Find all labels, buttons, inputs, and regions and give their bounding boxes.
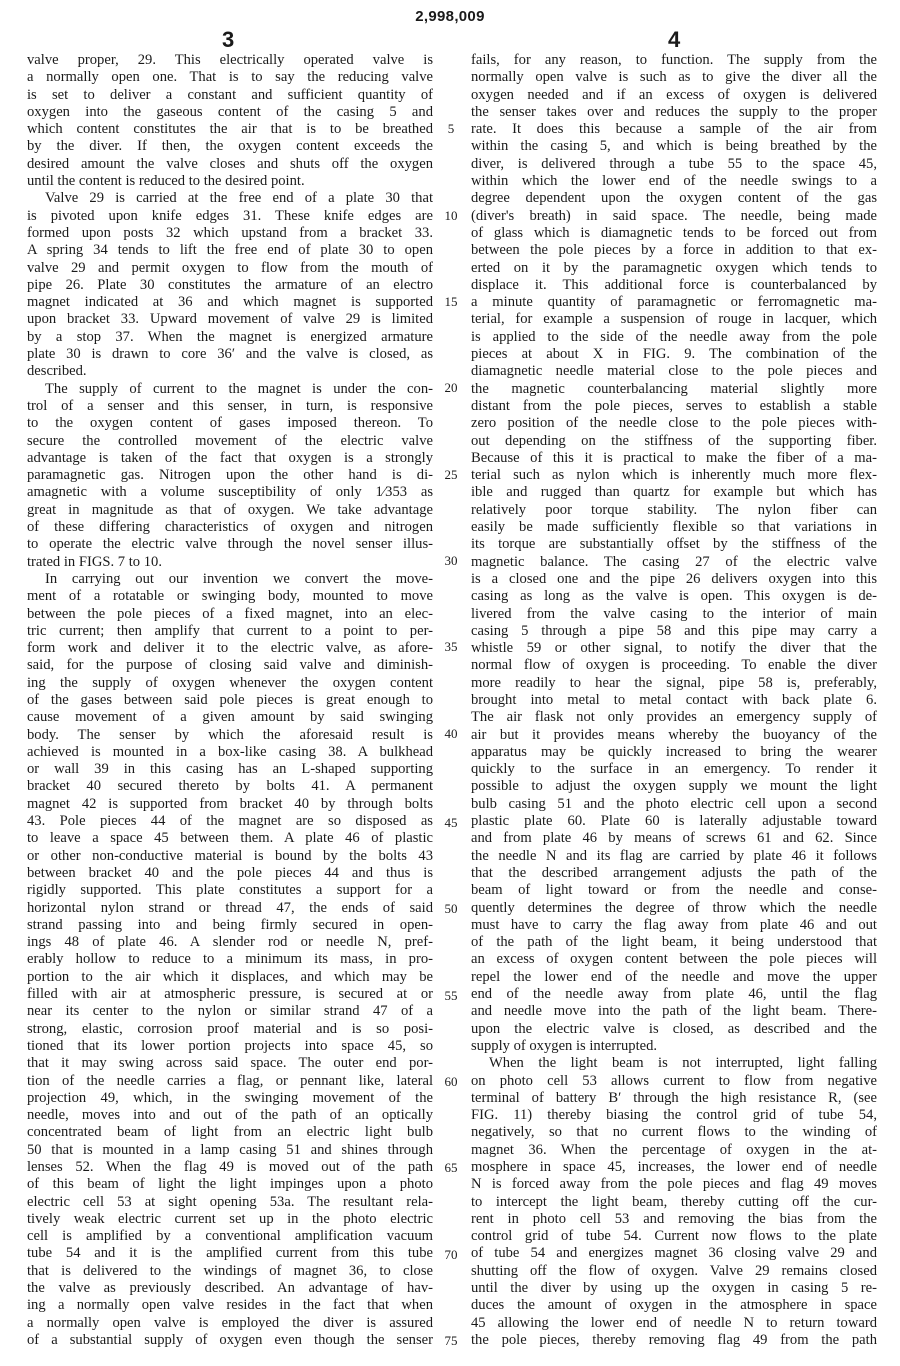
text-line: described. [27,363,433,380]
text-line: duces the amount of oxygen in the atmosp… [471,1297,877,1314]
text-line: possible to adjust the oxygen supply we … [471,778,877,795]
text-line: amagnetic with a volume susceptibility o… [27,484,433,501]
text-line: ing a normally open valve resides in the… [27,1297,433,1314]
text-line: plastic plate 60. Plate 60 is laterally … [471,813,877,830]
text-line: and needle move into the path of the lig… [471,1003,877,1020]
text-line: cell is amplified by a conventional ampl… [27,1228,433,1245]
text-line: end of the needle away from plate 46, un… [471,986,877,1003]
line-number: 70 [438,1246,464,1263]
text-line: 43. Pole pieces 44 of the magnet are so … [27,813,433,830]
text-line: portion to the air which it displaces, a… [27,969,433,986]
left-text-column: valve proper, 29. This electrically oper… [27,52,433,1349]
text-line: oxygen needed and if an excess of oxygen… [471,87,877,104]
text-line: an excess of oxygen content between the … [471,951,877,968]
text-line: Because of this it is practical to make … [471,450,877,467]
text-line: strand passing into and being firmly sec… [27,917,433,934]
text-line: by the diver. If then, the oxygen conten… [27,138,433,155]
line-number: 20 [438,379,464,396]
text-line: control grid of tube 54. Current now flo… [471,1228,877,1245]
line-number: 5 [438,120,464,137]
text-line: near its center to the nylon or similar … [27,1003,433,1020]
text-line: A spring 34 tends to lift the free end o… [27,242,433,259]
text-line: valve 29 and permit oxygen to flow from … [27,260,433,277]
column-number-left: 3 [222,28,234,52]
text-line: terial, for example a suspension of roug… [471,311,877,328]
text-line: that it may swing across said space. The… [27,1055,433,1072]
text-line: lenses 52. When the flag 49 is moved out… [27,1159,433,1176]
text-line: to intercept the light beam, thereby cut… [471,1194,877,1211]
text-line: When the light beam is not interrupted, … [471,1055,877,1072]
text-line: a normally open one. That is to say the … [27,69,433,86]
text-line: negatively, so that no current flows to … [471,1124,877,1141]
text-line: within which the lower end of the needle… [471,173,877,190]
text-line: more readily to hear the signal, pipe 58… [471,675,877,692]
text-line: form work and deliver it to the electric… [27,640,433,657]
text-line: advantage is taken of the fact that oxyg… [27,450,433,467]
text-line: body. The senser by which the aforesaid … [27,727,433,744]
text-line: its torque are substantially offset by t… [471,536,877,553]
text-line: the valve as previously described. An ad… [27,1280,433,1297]
text-line: In carrying out our invention we convert… [27,571,433,588]
text-line: great in magnitude as that of oxygen. We… [27,502,433,519]
text-line: tric current; then amplify that current … [27,623,433,640]
text-line: air but it provides means whereby the bu… [471,727,877,744]
line-number: 75 [438,1332,464,1349]
text-line: that is delivered to the windings of mag… [27,1263,433,1280]
text-line: of tube 54 and energizes magnet 36 closi… [471,1245,877,1262]
text-line: upon bracket 33. Upward movement of valv… [27,311,433,328]
text-line: is pivoted upon knife edges 31. These kn… [27,208,433,225]
text-line: a minute quantity of paramagnetic or fer… [471,294,877,311]
text-line: upon the electric valve is closed, as de… [471,1021,877,1038]
text-line: between the pole pieces of a fixed magne… [27,606,433,623]
text-line: or wall 39 in this casing has an L-shape… [27,761,433,778]
text-line: mosphere in space 45, increases, the low… [471,1159,877,1176]
text-line: concentrated beam of light from an elect… [27,1124,433,1141]
text-line: 50 that is mounted in a lamp casing 51 a… [27,1142,433,1159]
text-line: distant from the pole pieces, serves to … [471,398,877,415]
text-line: on photo cell 53 allows current to flow … [471,1073,877,1090]
text-line: magnet indicated at 36 and which magnet … [27,294,433,311]
text-line: ing the supply of oxygen whenever the ox… [27,675,433,692]
text-line: tively weak electric current set up in t… [27,1211,433,1228]
text-line: tioned that its lower portion projects i… [27,1038,433,1055]
line-number: 50 [438,900,464,917]
text-line: apparatus may be quickly increased to br… [471,744,877,761]
text-line: repel the lower end of the needle and mo… [471,969,877,986]
text-line: secure the controlled movement of the el… [27,433,433,450]
text-line: magnetic balance. The casing 27 of the e… [471,554,877,571]
text-line: needle, moves into and out of the path o… [27,1107,433,1124]
text-line: degree dependent upon the oxygen content… [471,190,877,207]
line-number: 55 [438,987,464,1004]
text-line: achieved is mounted in a box-like casing… [27,744,433,761]
text-line: shutting off the flow of oxygen. Valve 2… [471,1263,877,1280]
text-line: a normally open valve is employed the di… [27,1315,433,1332]
text-line: diamagnetic needle material close to the… [471,363,877,380]
text-line: is applied to the side of the needle awa… [471,329,877,346]
text-line: the magnetic counterbalancing material s… [471,381,877,398]
text-line: formed upon posts 32 which upstand from … [27,225,433,242]
right-text-column: fails, for any reason, to function. The … [471,52,877,1349]
text-line: horizontal nylon strand or thread 47, th… [27,900,433,917]
text-line: livered from the valve casing to the int… [471,606,877,623]
column-number-right: 4 [668,28,680,52]
text-line: normal flow of oxygen is proceeding. To … [471,657,877,674]
text-line: rent in photo cell 53 and removing the b… [471,1211,877,1228]
text-line: between the pole pieces by a force in ad… [471,242,877,259]
text-line: said, for the purpose of closing said va… [27,657,433,674]
text-line: or other non-conductive material is boun… [27,848,433,865]
text-line: displace it. This additional force is co… [471,277,877,294]
text-line: oxygen into the gaseous content of the c… [27,104,433,121]
text-line: 45 allowing the lower end of needle N to… [471,1315,877,1332]
text-line: and from plate 46 by means of screws 61 … [471,830,877,847]
text-line: trated in FIGS. 7 to 10. [27,554,433,571]
text-line: The air flask not only provides an emerg… [471,709,877,726]
text-line: of the path of the light beam, it being … [471,934,877,951]
text-line: the pole pieces, thereby removing flag 4… [471,1332,877,1349]
line-number: 15 [438,293,464,310]
line-number: 60 [438,1073,464,1090]
text-line: terial such as nylon which is inherently… [471,467,877,484]
text-line: of glass which is diamagnetic tends to b… [471,225,877,242]
text-line: normally open valve is such as to give t… [471,69,877,86]
text-line: to leave a space 45 between them. A plat… [27,830,433,847]
text-line: that the described arrangement adjusts t… [471,865,877,882]
text-line: pieces at about X in FIG. 9. The combina… [471,346,877,363]
text-line: beam of light toward or from the needle … [471,882,877,899]
text-line: electric cell 53 at sight opening 53a. T… [27,1194,433,1211]
line-number: 65 [438,1159,464,1176]
text-line: tube 54 and it is the amplified current … [27,1245,433,1262]
text-line: rate. It does this because a sample of t… [471,121,877,138]
text-line: tion of the needle carries a flag, or pe… [27,1073,433,1090]
text-line: ible and rugged than quartz for example … [471,484,877,501]
text-line: relatively poor torque stability. The ny… [471,502,877,519]
text-line: must have to carry the flag away from pl… [471,917,877,934]
text-line: until the diver by using up the oxygen i… [471,1280,877,1297]
text-line: to the oxygen content of gases imposed t… [27,415,433,432]
text-line: Valve 29 is carried at the free end of a… [27,190,433,207]
text-line: casing as long as the valve is open. Thi… [471,588,877,605]
text-line: erted on it by the paramagnetic oxygen w… [471,260,877,277]
line-number: 35 [438,638,464,655]
text-line: strong, elastic, corrosion proof materia… [27,1021,433,1038]
text-line: whistle 59 or other signal, to notify th… [471,640,877,657]
line-number: 45 [438,814,464,831]
text-line: within the casing 5, and which is being … [471,138,877,155]
text-line: is a closed one and the pipe 26 delivers… [471,571,877,588]
text-line: valve proper, 29. This electrically oper… [27,52,433,69]
text-line: paramagnetic gas. Nitrogen upon the othe… [27,467,433,484]
text-line: of these differing characteristics of ox… [27,519,433,536]
text-line: of the gases between said pole pieces is… [27,692,433,709]
text-line: to operate the electric valve through th… [27,536,433,553]
text-line: is set to deliver a constant and suffici… [27,87,433,104]
text-line: ment of a rotatable or swinging body, mo… [27,588,433,605]
text-line: magnet 42 is supported from bracket 40 b… [27,796,433,813]
text-line: diver, is delivered through a tube 55 to… [471,156,877,173]
text-line: rigidly supported. This plate constitute… [27,882,433,899]
line-number: 25 [438,466,464,483]
text-line: between bracket 40 and the pole pieces 4… [27,865,433,882]
text-line: the senser takes over and reduces the su… [471,104,877,121]
text-line: out depending on the stiffness of the su… [471,433,877,450]
text-line: terminal of battery B′ through the high … [471,1090,877,1107]
text-line: of this beam of light the light impinges… [27,1176,433,1193]
text-line: erably hollow to reduce to a minimum its… [27,951,433,968]
text-line: bracket 40 secured thereto by bolts 41. … [27,778,433,795]
line-number: 30 [438,552,464,569]
text-line: bulb casing 51 and the photo electric ce… [471,796,877,813]
text-line: quently determines the degree of throw w… [471,900,877,917]
text-line: FIG. 11) thereby biasing the control gri… [471,1107,877,1124]
text-line: zero position of the needle close to the… [471,415,877,432]
line-number: 40 [438,725,464,742]
text-line: N is forced away from the pole pieces an… [471,1176,877,1193]
text-line: projection 49, which, in the swinging mo… [27,1090,433,1107]
text-line: (diver's breath) in said space. The need… [471,208,877,225]
text-line: The supply of current to the magnet is u… [27,381,433,398]
text-line: supply of oxygen is interrupted. [471,1038,877,1055]
text-line: easily be made sufficiently flexible so … [471,519,877,536]
text-line: which content constitutes the air that i… [27,121,433,138]
text-line: fails, for any reason, to function. The … [471,52,877,69]
text-line: magnet 36. When the percentage of oxygen… [471,1142,877,1159]
line-number: 10 [438,207,464,224]
text-line: casing 5 through a pipe 58 and this pipe… [471,623,877,640]
text-line: by a stop 37. When the magnet is energiz… [27,329,433,346]
text-line: filled with air at atmospheric pressure,… [27,986,433,1003]
text-line: plate 30 is drawn to core 36′ and the va… [27,346,433,363]
text-line: pipe 26. Plate 30 constitutes the armatu… [27,277,433,294]
text-line: cause movement of a given amount by said… [27,709,433,726]
text-line: the needle N and its flag are carried by… [471,848,877,865]
text-line: desired amount the valve closes and shut… [27,156,433,173]
text-line: quickly to the surface in an emergency. … [471,761,877,778]
text-line: ings 48 of plate 46. A slender rod or ne… [27,934,433,951]
text-line: trol of a senser and this senser, in tur… [27,398,433,415]
text-line: of a substantial supply of oxygen even t… [27,1332,433,1349]
text-line: until the content is reduced to the desi… [27,173,433,190]
patent-number: 2,998,009 [0,8,900,25]
text-line: brought into metal to metal contact with… [471,692,877,709]
